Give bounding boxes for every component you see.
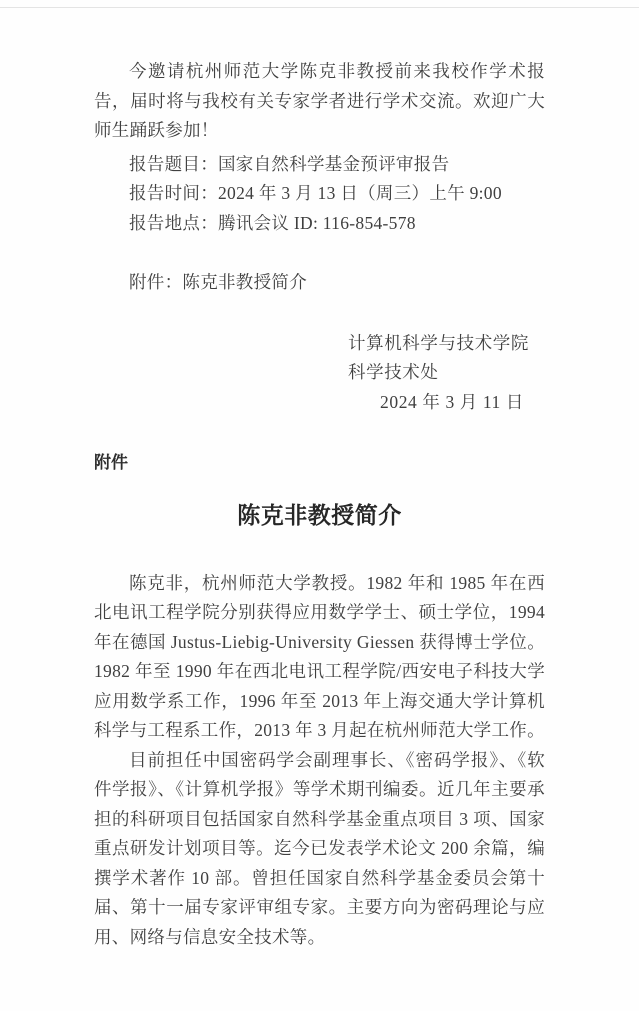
document-page: 今邀请杭州师范大学陈克非教授前来我校作学术报告，届时将与我校有关专家学者进行学术… <box>0 0 639 1011</box>
report-location-line: 报告地点：腾讯会议 ID: 116-854-578 <box>94 209 545 239</box>
signature-department: 计算机科学与技术学院 <box>348 329 545 359</box>
bio-title: 陈克非教授简介 <box>94 499 545 533</box>
signature-office: 科学技术处 <box>348 358 545 388</box>
report-title-line: 报告题目：国家自然科学基金预评审报告 <box>94 150 545 180</box>
intro-paragraph: 今邀请杭州师范大学陈克非教授前来我校作学术报告，届时将与我校有关专家学者进行学术… <box>94 57 545 146</box>
attachment-note: 附件：陈克非教授简介 <box>94 268 545 298</box>
bio-paragraph-2: 目前担任中国密码学会副理事长、《密码学报》、《软件学报》、《计算机学报》等学术期… <box>94 746 545 953</box>
report-info-block: 报告题目：国家自然科学基金预评审报告 报告时间：2024 年 3 月 13 日（… <box>94 150 545 239</box>
attachment-heading: 附件 <box>94 448 545 478</box>
signature-date: 2024 年 3 月 11 日 <box>380 388 545 418</box>
report-time-line: 报告时间：2024 年 3 月 13 日（周三）上午 9:00 <box>94 179 545 209</box>
bio-paragraph-1: 陈克非，杭州师范大学教授。1982 年和 1985 年在西北电讯工程学院分别获得… <box>94 569 545 746</box>
page-top-divider <box>0 7 639 8</box>
signature-block: 计算机科学与技术学院 科学技术处 2024 年 3 月 11 日 <box>94 329 545 418</box>
document-content: 今邀请杭州师范大学陈克非教授前来我校作学术报告，届时将与我校有关专家学者进行学术… <box>0 0 639 952</box>
